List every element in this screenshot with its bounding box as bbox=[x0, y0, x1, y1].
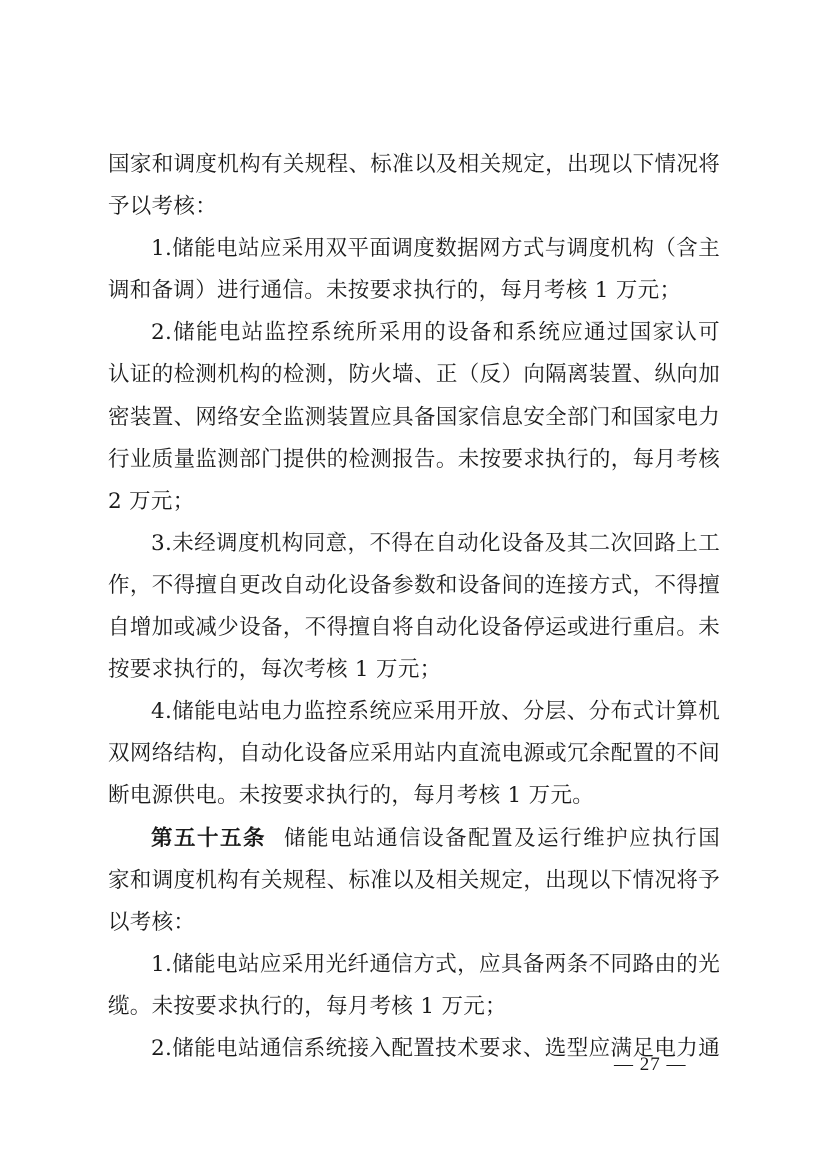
text-line: 2 万元； bbox=[108, 481, 720, 523]
article-heading-line: 第五十五条储能电站通信设备配置及运行维护应执行国 bbox=[108, 818, 720, 860]
text-line: 作，不得擅自更改自动化设备参数和设备间的连接方式，不得擅 bbox=[108, 565, 720, 607]
text-line: 按要求执行的，每次考核 1 万元； bbox=[108, 649, 720, 691]
text-line: 以考核： bbox=[108, 902, 720, 944]
page-number: — 27 — bbox=[614, 1051, 687, 1079]
list-item-line: 1.储能电站应采用双平面调度数据网方式与调度机构（含主 bbox=[108, 228, 720, 270]
list-item-line: 1.储能电站应采用光纤通信方式，应具备两条不同路由的光 bbox=[108, 944, 720, 986]
text-line: 双网络结构，自动化设备应采用站内直流电源或冗余配置的不间 bbox=[108, 733, 720, 775]
text-line: 认证的检测机构的检测，防火墙、正（反）向隔离装置、纵向加 bbox=[108, 354, 720, 396]
text-line: 行业质量监测部门提供的检测报告。未按要求执行的，每月考核 bbox=[108, 439, 720, 481]
list-item-line: 4.储能电站电力监控系统应采用开放、分层、分布式计算机 bbox=[108, 691, 720, 733]
text-line: 断电源供电。未按要求执行的，每月考核 1 万元。 bbox=[108, 775, 720, 817]
text-line: 予以考核： bbox=[108, 186, 720, 228]
text-line: 自增加或减少设备，不得擅自将自动化设备停运或进行重启。未 bbox=[108, 607, 720, 649]
text-line: 国家和调度机构有关规程、标准以及相关规定，出现以下情况将 bbox=[108, 144, 720, 186]
list-item-line: 2.储能电站监控系统所采用的设备和系统应通过国家认可 bbox=[108, 312, 720, 354]
article-number: 第五十五条 bbox=[151, 826, 266, 851]
article-text: 储能电站通信设备配置及运行维护应执行国 bbox=[284, 826, 720, 851]
text-line: 缆。未按要求执行的，每月考核 1 万元； bbox=[108, 986, 720, 1028]
text-line: 密装置、网络安全监测装置应具备国家信息安全部门和国家电力 bbox=[108, 397, 720, 439]
list-item-line: 3.未经调度机构同意，不得在自动化设备及其二次回路上工 bbox=[108, 523, 720, 565]
document-body: 国家和调度机构有关规程、标准以及相关规定，出现以下情况将 予以考核： 1.储能电… bbox=[108, 144, 720, 1070]
document-page: 国家和调度机构有关规程、标准以及相关规定，出现以下情况将 予以考核： 1.储能电… bbox=[0, 0, 827, 1170]
text-line: 调和备调）进行通信。未按要求执行的，每月考核 1 万元； bbox=[108, 270, 720, 312]
text-line: 家和调度机构有关规程、标准以及相关规定，出现以下情况将予 bbox=[108, 860, 720, 902]
